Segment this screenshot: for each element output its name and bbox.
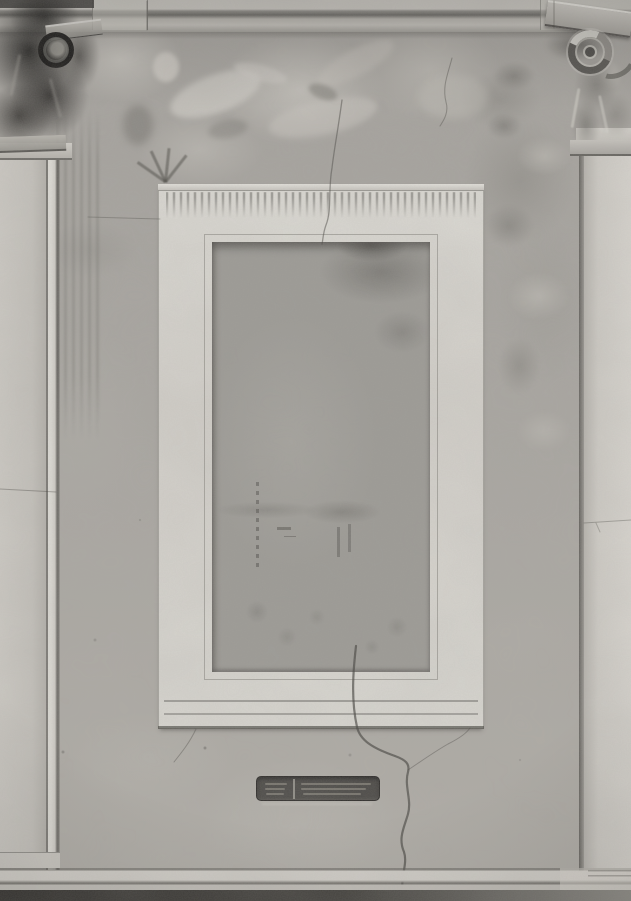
film-grain-overlay	[0, 0, 631, 901]
photograph	[0, 0, 631, 901]
